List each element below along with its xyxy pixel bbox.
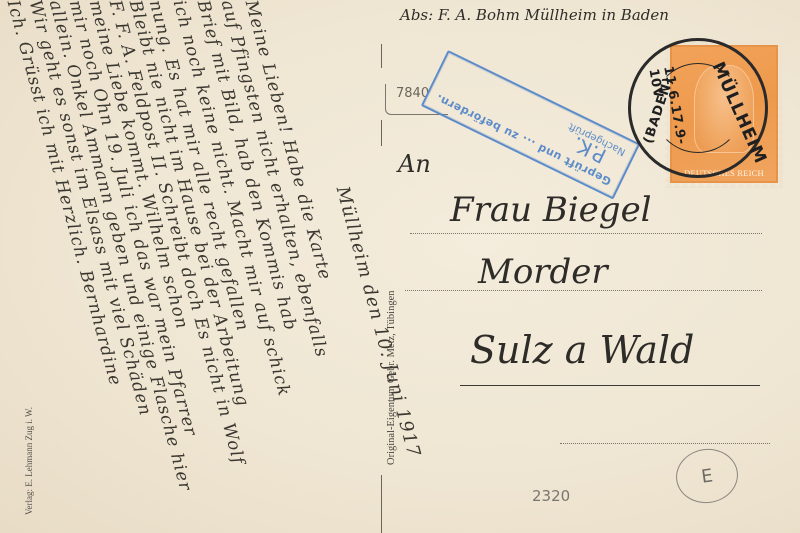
- address-street: Morder: [478, 252, 608, 292]
- center-divider-top: [381, 44, 382, 68]
- pencil-number: 2320: [532, 487, 570, 505]
- address-city: Sulz a Wald: [470, 328, 694, 372]
- censor-stamp: Geprüft und ... zu befördern. P.K. Nachg…: [421, 50, 641, 200]
- address-salutation: An: [398, 150, 431, 178]
- address-line-2: [405, 290, 762, 291]
- sender-line: Abs: F. A. Bohm Müllheim in Baden: [400, 6, 669, 24]
- message-area: Meine Lieben! Habe die Karte auf Pfingst…: [0, 0, 360, 533]
- circled-letter: E: [700, 465, 714, 487]
- address-line-1: [410, 233, 762, 234]
- stamp-country-text: DEUTSCHES REICH: [672, 168, 776, 178]
- postage-stamp: DEUTSCHES REICH: [665, 40, 783, 188]
- germania-portrait-icon: [694, 65, 754, 153]
- center-divider-bottom: [381, 475, 382, 533]
- postcard-back: Meine Lieben! Habe die Karte auf Pfingst…: [0, 0, 800, 533]
- circled-letter-mark: E: [673, 445, 742, 507]
- center-divider-mid: [381, 120, 382, 146]
- address-line-3: [460, 385, 760, 386]
- address-name: Frau Biegel: [450, 190, 652, 230]
- publisher-imprint: Original-Eigentum Gebr. Metz, Tübingen: [386, 291, 397, 465]
- place-date: Müllheim den 10. Juni 1917: [332, 184, 425, 460]
- printer-imprint: Verlag: E. Lehmann Zug i. W.: [24, 407, 34, 515]
- address-line-4: [560, 443, 770, 444]
